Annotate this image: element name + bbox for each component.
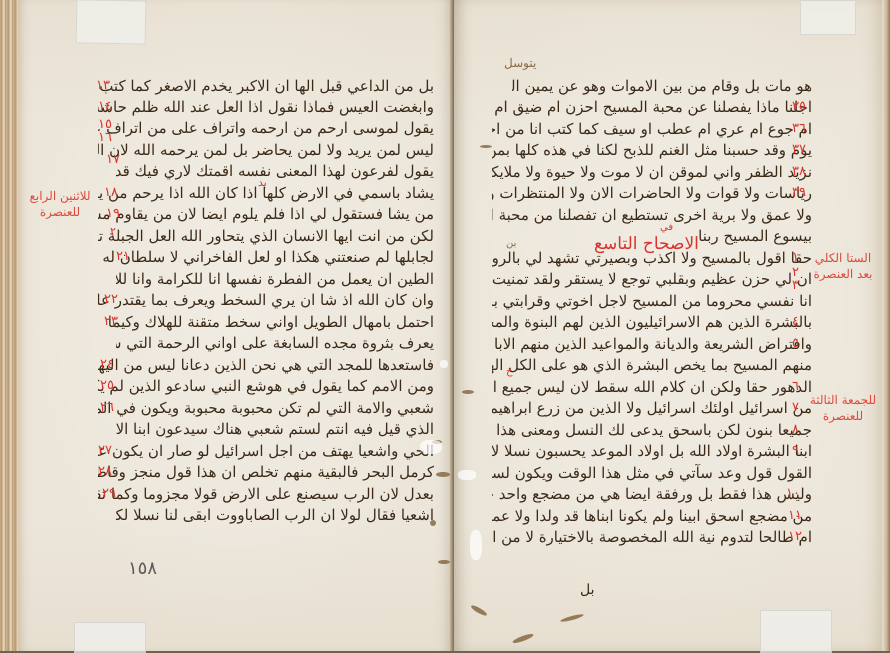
text-line: من مضجع اسحق ابينا ولم يكونا ابناها قد و… — [492, 506, 812, 526]
verse-number: ١٨ — [104, 183, 118, 203]
text-line: ان لي حزن عظيم وبقلبي توجع لا يستقر ولقد… — [492, 269, 812, 289]
text-line: فاستعدها للمجد التي هي نحن الذين دعانا ل… — [98, 355, 434, 375]
text-line: جميعا بنون لكن باسحق يدعى لك النسل ومعنى… — [492, 420, 812, 440]
margin-note-right: للجمعة الثالثة للعنصرة — [808, 392, 878, 424]
rubric-gloss: في — [660, 222, 673, 233]
text-line: يقول لموسى ارحم من ارحمه واتراف على من ا… — [98, 118, 434, 138]
verse-number: ٣٨ — [792, 162, 806, 182]
verse-number: ١٠ — [786, 484, 800, 504]
text-line: القول قول وعد سآتي في مثل هذا الوقت ويكو… — [492, 463, 812, 483]
tape-tab-bottom — [760, 610, 832, 651]
ink-stain — [438, 560, 450, 564]
text-line: رياسات ولا قوات ولا الحاضرات الان ولا ال… — [492, 183, 812, 203]
text-line: احتمل بامهال الطويل اواني سخط متقنة للهل… — [98, 312, 434, 332]
gloss-note: يتوسل — [504, 56, 536, 70]
text-line: الطين ان يعمل من الفطرة نفسها انا للكرام… — [116, 269, 434, 289]
verse-number: ١٥ ١٦ — [98, 118, 118, 144]
verse-number: ٤ — [792, 312, 799, 332]
text-line: يشاد باسمي في الارض كلها اذا كان الله اذ… — [98, 183, 434, 203]
verse-number: ٢٢ — [104, 290, 118, 310]
verse-number: ٢٣ — [104, 312, 118, 332]
tape-tab-top — [76, 0, 147, 45]
text-line: وافتراض الشريعة والديانة والمواعيد الذين… — [492, 334, 812, 354]
wax-drip — [470, 530, 482, 560]
verse-number: ١٩ — [106, 204, 120, 224]
text-line: الدهور حقا ولكن ان كلام الله سقط لان ليس… — [492, 377, 812, 397]
ink-stain — [480, 145, 492, 148]
text-line: انا نفسي محروما من المسيح لاجل اخوتي وقر… — [492, 291, 812, 311]
tape-tab-bottom — [74, 622, 146, 651]
text-line: من يشا فستقول لي اذا فلم يلوم ايضا لان م… — [98, 204, 434, 224]
text-line: ام جوع ام عري ام عطب او سيف كما كتب انا … — [492, 119, 812, 139]
verse-number: ٣٦ — [792, 119, 806, 139]
verse-number: ٢٠ — [110, 222, 122, 242]
verse-number: ٥ — [792, 334, 799, 354]
text-line: ومن الامم كما يقول في هوشع النبي سادعو ا… — [98, 376, 434, 396]
wax-drip — [458, 470, 476, 480]
text-line: اشعيا فقال لولا ان الرب الصاباووت ابقى ل… — [116, 505, 434, 525]
verse-number: ٣٩ — [792, 183, 806, 203]
verse-number: ١٧ — [106, 150, 120, 170]
verse-number: ٢٦ — [100, 398, 114, 418]
text-line: ام طالحا لتدوم نية الله المخصوصة بالاختي… — [492, 527, 812, 547]
wax-drip — [440, 360, 448, 368]
verse-number: ٨ — [792, 420, 799, 440]
ink-stain — [436, 472, 450, 477]
verse-number: ٢٨ — [98, 462, 112, 482]
interlinear-note: بن — [506, 238, 516, 249]
text-line: اجلنا ماذا يفصلنا عن محبة المسيح احزن ام… — [492, 97, 812, 117]
text-line: وابغضت العيس فماذا نقول اذا العل عند الل… — [98, 97, 434, 117]
verse-number: ١٢ — [788, 527, 802, 547]
right-page: يتوسل هو مات بل وقام من بين الاموات وهو … — [454, 0, 882, 651]
text-line: الحي واشعيا يهتف من اجل اسرائيل لو صار ا… — [98, 441, 434, 461]
verse-number: ٢٥ — [100, 376, 114, 396]
verse-number: ١٣ — [96, 76, 110, 96]
text-line: الذي قيل فيه انتم لستم شعبي هناك سيدعون … — [116, 419, 434, 439]
ink-stain — [462, 390, 474, 394]
verse-number: ٢١ — [116, 247, 130, 267]
margin-note-left: للاثنين الرابع للعنصرة — [22, 188, 98, 220]
text-line: يوم وقد حسبنا مثل الغنم للذبح لكنا في هذ… — [492, 140, 812, 160]
verse-number: ٢٩ — [102, 484, 116, 504]
verse-number: ٢٤ — [100, 355, 114, 375]
margin-note-right: الستا الكلي بعد العنصرة — [808, 250, 878, 282]
verse-number: ١١ — [788, 506, 802, 526]
text-line: ولا عمق ولا برية اخرى تستطيع ان تفصلنا م… — [492, 205, 812, 225]
verse-number: ٧ — [792, 398, 799, 418]
manuscript-spread: للاثنين الرابع للعنصرة بد بل من الداعي ق… — [0, 0, 890, 651]
text-line: نزيد الظفر واني لموقن ان لا موت ولا حيوة… — [492, 162, 812, 182]
text-line: يقول لفرعون لهذا المعنى نفسه اقمتك لاري … — [116, 161, 434, 181]
text-line: شعبي والامة التي لم تكن محبوبة محبوبة وي… — [98, 398, 434, 418]
verse-number: ١٤ — [98, 97, 112, 117]
chapter-heading: الاصحاح التاسع — [594, 234, 699, 254]
text-line: ابنا البشرة اولاد الله بل اولاد الموعد ي… — [492, 441, 812, 461]
text-line: وان كان الله اذ شا ان يري السخط ويعرف بم… — [98, 290, 434, 310]
text-line: لكن من انت ايها الانسان الذي يتحاور الله… — [98, 226, 434, 246]
verse-number: ٢٧ — [98, 441, 112, 461]
text-line: هو مات بل وقام من بين الاموات وهو عن يمي… — [512, 76, 812, 96]
text-line: بعدل لان الرب سيصنع على الارض قولا مجزوم… — [98, 484, 434, 504]
page-edges-right — [882, 0, 890, 651]
verse-number: ٢ ٣ — [792, 266, 804, 292]
text-line: كرمل البحر فالبقية منهم تخلص ان هذا قول … — [98, 462, 434, 482]
right-text-column: هو مات بل وقام من بين الاموات وهو عن يمي… — [468, 76, 812, 596]
verse-number: ٦ — [792, 377, 799, 397]
text-line: لجابلها لم صنعتني هكذا او لعل الفاخراني … — [98, 247, 434, 267]
text-line: ليس لمن يريد ولا لمن يحاضر بل لمن يرحمه … — [98, 140, 434, 160]
verse-number: ٣٧ — [792, 140, 806, 160]
ink-stain — [430, 520, 436, 526]
left-text-column: بل من الداعي قبل الها ان الاكبر يخدم الا… — [98, 76, 434, 596]
left-page: للاثنين الرابع للعنصرة بد بل من الداعي ق… — [18, 0, 454, 651]
interlinear-note: خ — [506, 366, 512, 377]
verse-number: ٣٥ — [792, 97, 806, 117]
folio-number: ١٥٨ — [128, 558, 157, 579]
text-line: يعرف بثروة مجده السابغة على اواني الرحمة… — [116, 333, 434, 353]
text-line: من اسرائيل اولئك اسرائيل ولا الذين من زر… — [492, 398, 812, 418]
catchword: بل — [580, 582, 595, 598]
text-line: منهم المسيح بما يخص البشرة الذي هو على ا… — [492, 355, 812, 375]
text-line: وليس هذا فقط بل ورفقة ايضا هي من مضجع وا… — [492, 484, 812, 504]
wax-drip — [420, 440, 442, 454]
text-line: بالبشرة الذين هم الاسرائيليون الذين لهم … — [492, 312, 812, 332]
verse-number: ٩ — [792, 441, 799, 461]
tape-tab-top — [800, 0, 856, 35]
text-line: بل من الداعي قبل الها ان الاكبر يخدم الا… — [98, 76, 434, 96]
